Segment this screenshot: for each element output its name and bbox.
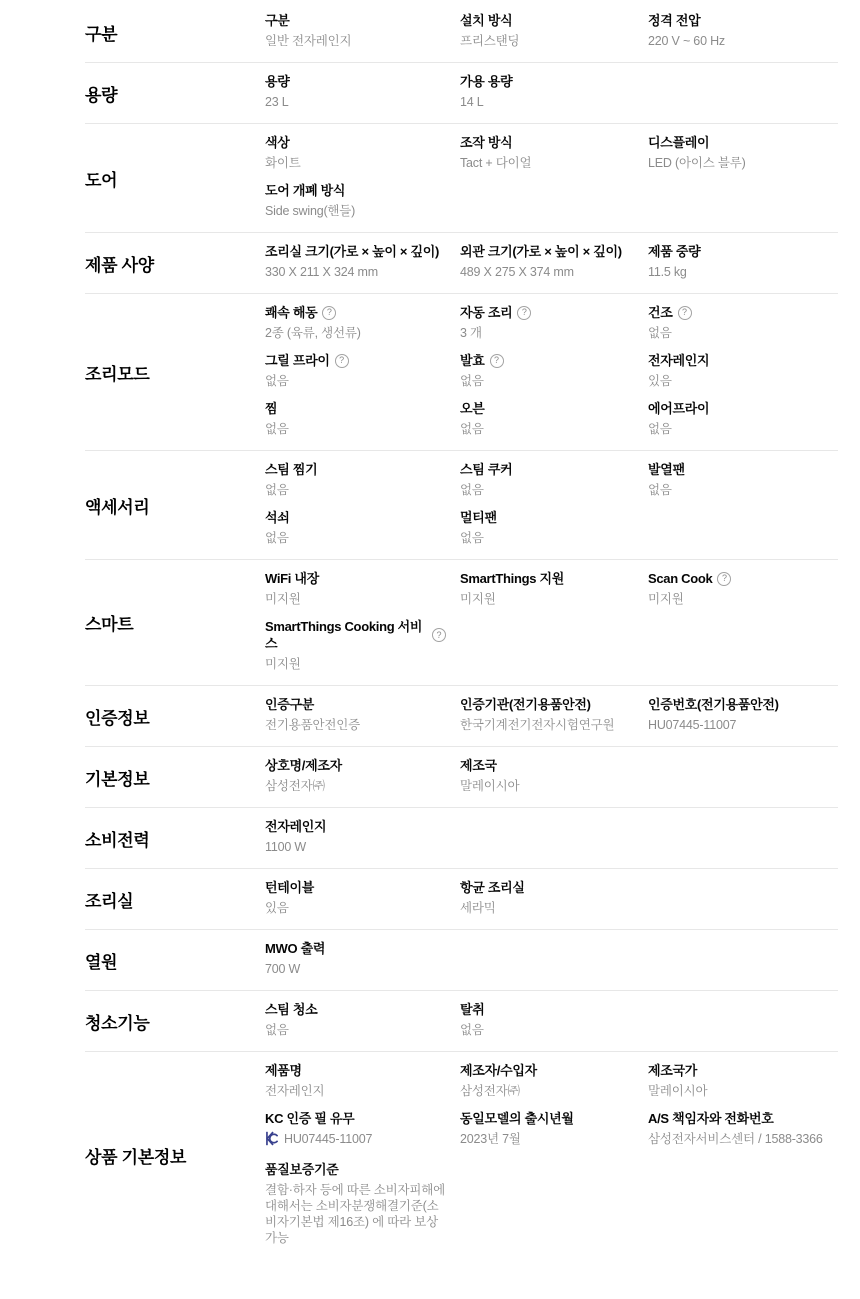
spec-label: 석쇠 (265, 509, 290, 526)
spec-item: 스팀 찜기 없음 (265, 458, 460, 506)
spec-value: 없음 (265, 482, 289, 498)
spec-label: 외관 크기(가로 × 높이 × 깊이) (460, 243, 622, 260)
spec-item: 오븐 없음 (460, 397, 648, 445)
spec-label: Scan Cook (648, 570, 712, 587)
spec-label: 가용 용량 (460, 73, 512, 90)
spec-value: 전기용품안전인증 (265, 717, 360, 733)
spec-item: 전자레인지 1100 W (265, 815, 460, 863)
section-spec-grid: 상호명/제조자 삼성전자㈜ 제조국 말레이시아 (265, 747, 838, 807)
spec-value: Side swing(핸들) (265, 203, 355, 219)
spec-section-row: 조리모드 쾌속 해동 ? 2종 (육류, 생선류) 자동 조리 ? 3 개 건조… (85, 294, 838, 451)
spec-value: 11.5 kg (648, 264, 687, 280)
spec-label: 인증구분 (265, 696, 314, 713)
spec-label: 멀티팬 (460, 509, 497, 526)
spec-item: KC 인증 필 유무 HU07445-11007 (265, 1107, 460, 1158)
spec-value: 없음 (648, 482, 672, 498)
spec-value: 전자레인지 (265, 1083, 324, 1099)
section-spec-grid: 제품명 전자레인지 제조자/수입자 삼성전자㈜ 제조국가 말레이시아 KC 인증 (265, 1052, 838, 1259)
spec-item: 탈취 없음 (460, 998, 648, 1046)
spec-item: 제조자/수입자 삼성전자㈜ (460, 1059, 648, 1107)
spec-label: 스팀 청소 (265, 1001, 317, 1018)
spec-label: WiFi 내장 (265, 570, 319, 587)
spec-section-row: 제품 사양 조리실 크기(가로 × 높이 × 깊이) 330 X 211 X 3… (85, 233, 838, 294)
section-category-label: 용량 (85, 81, 265, 106)
spec-item: 찜 없음 (265, 397, 460, 445)
spec-value: HU07445-11007 (648, 717, 736, 733)
spec-value: 700 W (265, 961, 300, 977)
spec-value: 220 V ~ 60 Hz (648, 33, 725, 49)
spec-item: 동일모델의 출시년월 2023년 7월 (460, 1107, 648, 1155)
spec-section-row: 소비전력 전자레인지 1100 W (85, 808, 838, 869)
spec-value: 삼성전자㈜ (265, 778, 325, 794)
spec-item: SmartThings 지원 미지원 (460, 567, 648, 615)
spec-item: 디스플레이 LED (아이스 블루) (648, 131, 838, 179)
spec-item: 쾌속 해동 ? 2종 (육류, 생선류) (265, 301, 460, 349)
spec-value: 미지원 (265, 656, 301, 672)
spec-section-row: 인증정보 인증구분 전기용품안전인증 인증기관(전기용품안전) 한국기계전기전자… (85, 686, 838, 747)
spec-value: 삼성전자㈜ (460, 1083, 520, 1099)
spec-item: 용량 23 L (265, 70, 460, 118)
spec-label: 건조 (648, 304, 673, 321)
spec-label: 동일모델의 출시년월 (460, 1110, 574, 1127)
spec-value: 프리스탠딩 (460, 33, 519, 49)
spec-label: MWO 출력 (265, 940, 325, 957)
spec-value: 1100 W (265, 839, 306, 855)
spec-item: 건조 ? 없음 (648, 301, 838, 349)
spec-value: 없음 (648, 325, 672, 341)
section-spec-grid: 턴테이블 있음 항균 조리실 세라믹 (265, 869, 838, 929)
spec-item: 인증번호(전기용품안전) HU07445-11007 (648, 693, 838, 741)
spec-label: 항균 조리실 (460, 879, 525, 896)
section-category-label: 액세서리 (85, 493, 265, 518)
spec-item: 발열팬 없음 (648, 458, 838, 506)
spec-section-row: 구분 구분 일반 전자레인지 설치 방식 프리스탠딩 정격 전압 220 V ~… (85, 2, 838, 63)
spec-item: 설치 방식 프리스탠딩 (460, 9, 648, 57)
spec-label: SmartThings Cooking 서비스 (265, 618, 427, 652)
spec-item: 제품 중량 11.5 kg (648, 240, 838, 288)
section-category-label: 조리실 (85, 887, 265, 912)
spec-label: 자동 조리 (460, 304, 512, 321)
spec-value: 말레이시아 (460, 778, 519, 794)
spec-item: 전자레인지 있음 (648, 349, 838, 397)
info-tooltip-icon[interactable]: ? (432, 628, 446, 642)
spec-label: 에어프라이 (648, 400, 709, 417)
spec-value: 삼성전자서비스센터 / 1588-3366 (648, 1131, 823, 1147)
spec-value: 화이트 (265, 155, 301, 171)
spec-item: 자동 조리 ? 3 개 (460, 301, 648, 349)
spec-value: 미지원 (265, 591, 301, 607)
section-spec-grid: 쾌속 해동 ? 2종 (육류, 생선류) 자동 조리 ? 3 개 건조 ? 없음… (265, 294, 838, 450)
spec-item: 구분 일반 전자레인지 (265, 9, 460, 57)
spec-label: 찜 (265, 400, 277, 417)
spec-item: 색상 화이트 (265, 131, 460, 179)
spec-item: 제품명 전자레인지 (265, 1059, 460, 1107)
section-spec-grid: 조리실 크기(가로 × 높이 × 깊이) 330 X 211 X 324 mm … (265, 233, 838, 293)
spec-label: 제품명 (265, 1062, 302, 1079)
spec-label: 쾌속 해동 (265, 304, 317, 321)
spec-value: 한국기계전기전자시험연구원 (460, 717, 614, 733)
spec-label: 인증기관(전기용품안전) (460, 696, 591, 713)
spec-item: 멀티팬 없음 (460, 506, 648, 554)
spec-label: 발효 (460, 352, 485, 369)
info-tooltip-icon[interactable]: ? (322, 306, 336, 320)
spec-item: 석쇠 없음 (265, 506, 460, 554)
spec-value: 489 X 275 X 374 mm (460, 264, 574, 280)
spec-label: 인증번호(전기용품안전) (648, 696, 779, 713)
spec-value: 결함·하자 등에 따른 소비자피해에 대해서는 소비자분쟁해결기준(소비자기본법… (265, 1182, 446, 1246)
spec-value: 14 L (460, 94, 484, 110)
section-spec-grid: 전자레인지 1100 W (265, 808, 838, 868)
spec-value: Tact + 다이얼 (460, 155, 531, 171)
spec-label: A/S 책임자와 전화번호 (648, 1110, 773, 1127)
spec-item: 인증구분 전기용품안전인증 (265, 693, 460, 741)
spec-value: 미지원 (460, 591, 496, 607)
section-category-label: 도어 (85, 166, 265, 191)
spec-label: 상호명/제조자 (265, 757, 342, 774)
spec-item: 제조국가 말레이시아 (648, 1059, 838, 1107)
spec-value: 없음 (265, 530, 289, 546)
spec-label: 그릴 프라이 (265, 352, 330, 369)
spec-value: 330 X 211 X 324 mm (265, 264, 378, 280)
spec-label: 전자레인지 (265, 818, 326, 835)
info-tooltip-icon[interactable]: ? (678, 306, 692, 320)
spec-section-row: 청소기능 스팀 청소 없음 탈취 없음 (85, 991, 838, 1052)
spec-item: 항균 조리실 세라믹 (460, 876, 648, 924)
spec-item: MWO 출력 700 W (265, 937, 460, 985)
spec-label: 제조자/수입자 (460, 1062, 537, 1079)
spec-value: 없음 (460, 421, 484, 437)
section-category-label: 청소기능 (85, 1009, 265, 1034)
section-spec-grid: 색상 화이트 조작 방식 Tact + 다이얼 디스플레이 LED (아이스 블… (265, 124, 838, 232)
spec-value: 없음 (648, 421, 672, 437)
spec-label: KC 인증 필 유무 (265, 1110, 354, 1127)
spec-item: 조작 방식 Tact + 다이얼 (460, 131, 648, 179)
spec-label: 색상 (265, 134, 290, 151)
spec-item: 조리실 크기(가로 × 높이 × 깊이) 330 X 211 X 324 mm (265, 240, 460, 288)
spec-item: 상호명/제조자 삼성전자㈜ (265, 754, 460, 802)
section-spec-grid: MWO 출력 700 W (265, 930, 838, 990)
spec-value: 2023년 7월 (460, 1131, 521, 1147)
section-category-label: 인증정보 (85, 704, 265, 729)
section-spec-grid: 스팀 청소 없음 탈취 없음 (265, 991, 838, 1051)
spec-label: 전자레인지 (648, 352, 709, 369)
spec-item: Scan Cook ? 미지원 (648, 567, 838, 615)
section-spec-grid: 인증구분 전기용품안전인증 인증기관(전기용품안전) 한국기계전기전자시험연구원… (265, 686, 838, 746)
info-tooltip-icon[interactable]: ? (335, 354, 349, 368)
spec-section-row: 기본정보 상호명/제조자 삼성전자㈜ 제조국 말레이시아 (85, 747, 838, 808)
spec-item: SmartThings Cooking 서비스 ? 미지원 (265, 615, 460, 680)
spec-value: 23 L (265, 94, 289, 110)
spec-item: 스팀 청소 없음 (265, 998, 460, 1046)
spec-item: 그릴 프라이 ? 없음 (265, 349, 460, 397)
info-tooltip-icon[interactable]: ? (517, 306, 531, 320)
spec-section-row: 열원 MWO 출력 700 W (85, 930, 838, 991)
spec-label: 조작 방식 (460, 134, 512, 151)
info-tooltip-icon[interactable]: ? (490, 354, 504, 368)
spec-item: 제조국 말레이시아 (460, 754, 648, 802)
spec-value: 없음 (265, 373, 289, 389)
section-category-label: 소비전력 (85, 826, 265, 851)
product-spec-table: 구분 구분 일반 전자레인지 설치 방식 프리스탠딩 정격 전압 220 V ~… (85, 2, 838, 1259)
section-spec-grid: WiFi 내장 미지원 SmartThings 지원 미지원 Scan Cook… (265, 560, 838, 685)
spec-label: 탈취 (460, 1001, 485, 1018)
info-tooltip-icon[interactable]: ? (717, 572, 731, 586)
section-category-label: 구분 (85, 20, 265, 45)
section-category-label: 스마트 (85, 610, 265, 635)
kc-certification-icon (265, 1131, 278, 1150)
spec-value: 2종 (육류, 생선류) (265, 325, 361, 341)
spec-value: 없음 (265, 421, 289, 437)
spec-label: 설치 방식 (460, 12, 512, 29)
spec-label: 스팀 찜기 (265, 461, 317, 478)
section-spec-grid: 용량 23 L 가용 용량 14 L (265, 63, 838, 123)
spec-label: 도어 개폐 방식 (265, 182, 345, 199)
spec-label: SmartThings 지원 (460, 570, 564, 587)
spec-value: 없음 (265, 1022, 289, 1038)
spec-item: 가용 용량 14 L (460, 70, 648, 118)
spec-value: 없음 (460, 373, 484, 389)
spec-value: HU07445-11007 (284, 1131, 372, 1147)
spec-item: 턴테이블 있음 (265, 876, 460, 924)
spec-value: 없음 (460, 482, 484, 498)
spec-item: 스팀 쿠커 없음 (460, 458, 648, 506)
section-category-label: 제품 사양 (85, 251, 265, 276)
section-category-label: 기본정보 (85, 765, 265, 790)
section-spec-grid: 스팀 찜기 없음 스팀 쿠커 없음 발열팬 없음 석쇠 (265, 451, 838, 559)
spec-section-row: 용량 용량 23 L 가용 용량 14 L (85, 63, 838, 124)
spec-label: 구분 (265, 12, 290, 29)
spec-label: 품질보증기준 (265, 1161, 339, 1178)
spec-item: WiFi 내장 미지원 (265, 567, 460, 615)
spec-value: 있음 (648, 373, 672, 389)
spec-value: 말레이시아 (648, 1083, 707, 1099)
section-category-label: 조리모드 (85, 360, 265, 385)
spec-section-row: 도어 색상 화이트 조작 방식 Tact + 다이얼 디스플레이 LED (아이… (85, 124, 838, 233)
spec-section-row: 조리실 턴테이블 있음 항균 조리실 세라믹 (85, 869, 838, 930)
spec-item: 인증기관(전기용품안전) 한국기계전기전자시험연구원 (460, 693, 648, 741)
spec-value: 있음 (265, 900, 289, 916)
spec-label: 제품 중량 (648, 243, 700, 260)
spec-value: LED (아이스 블루) (648, 155, 746, 171)
spec-section-row: 스마트 WiFi 내장 미지원 SmartThings 지원 미지원 Scan … (85, 560, 838, 686)
spec-value: 없음 (460, 1022, 484, 1038)
spec-section-row: 상품 기본정보 제품명 전자레인지 제조자/수입자 삼성전자㈜ 제조국가 말레이… (85, 1052, 838, 1259)
spec-item: 발효 ? 없음 (460, 349, 648, 397)
spec-item: 외관 크기(가로 × 높이 × 깊이) 489 X 275 X 374 mm (460, 240, 648, 288)
spec-value: 세라믹 (460, 900, 496, 916)
spec-label: 디스플레이 (648, 134, 709, 151)
spec-value: 일반 전자레인지 (265, 33, 351, 49)
spec-label: 조리실 크기(가로 × 높이 × 깊이) (265, 243, 439, 260)
section-category-label: 열원 (85, 948, 265, 973)
spec-value: 미지원 (648, 591, 684, 607)
spec-label: 오븐 (460, 400, 485, 417)
spec-item: 에어프라이 없음 (648, 397, 838, 445)
spec-item: 정격 전압 220 V ~ 60 Hz (648, 9, 838, 57)
spec-label: 스팀 쿠커 (460, 461, 512, 478)
spec-label: 용량 (265, 73, 290, 90)
spec-label: 제조국 (460, 757, 497, 774)
section-spec-grid: 구분 일반 전자레인지 설치 방식 프리스탠딩 정격 전압 220 V ~ 60… (265, 2, 838, 62)
spec-item: 품질보증기준 결함·하자 등에 따른 소비자피해에 대해서는 소비자분쟁해결기준… (265, 1158, 460, 1254)
spec-label: 제조국가 (648, 1062, 697, 1079)
spec-item: 도어 개폐 방식 Side swing(핸들) (265, 179, 460, 227)
section-category-label: 상품 기본정보 (85, 1143, 265, 1168)
spec-label: 정격 전압 (648, 12, 700, 29)
spec-value: 없음 (460, 530, 484, 546)
spec-value: 3 개 (460, 325, 482, 341)
spec-label: 턴테이블 (265, 879, 314, 896)
spec-item: A/S 책임자와 전화번호 삼성전자서비스센터 / 1588-3366 (648, 1107, 838, 1155)
spec-section-row: 액세서리 스팀 찜기 없음 스팀 쿠커 없음 발열팬 없음 (85, 451, 838, 560)
spec-label: 발열팬 (648, 461, 685, 478)
